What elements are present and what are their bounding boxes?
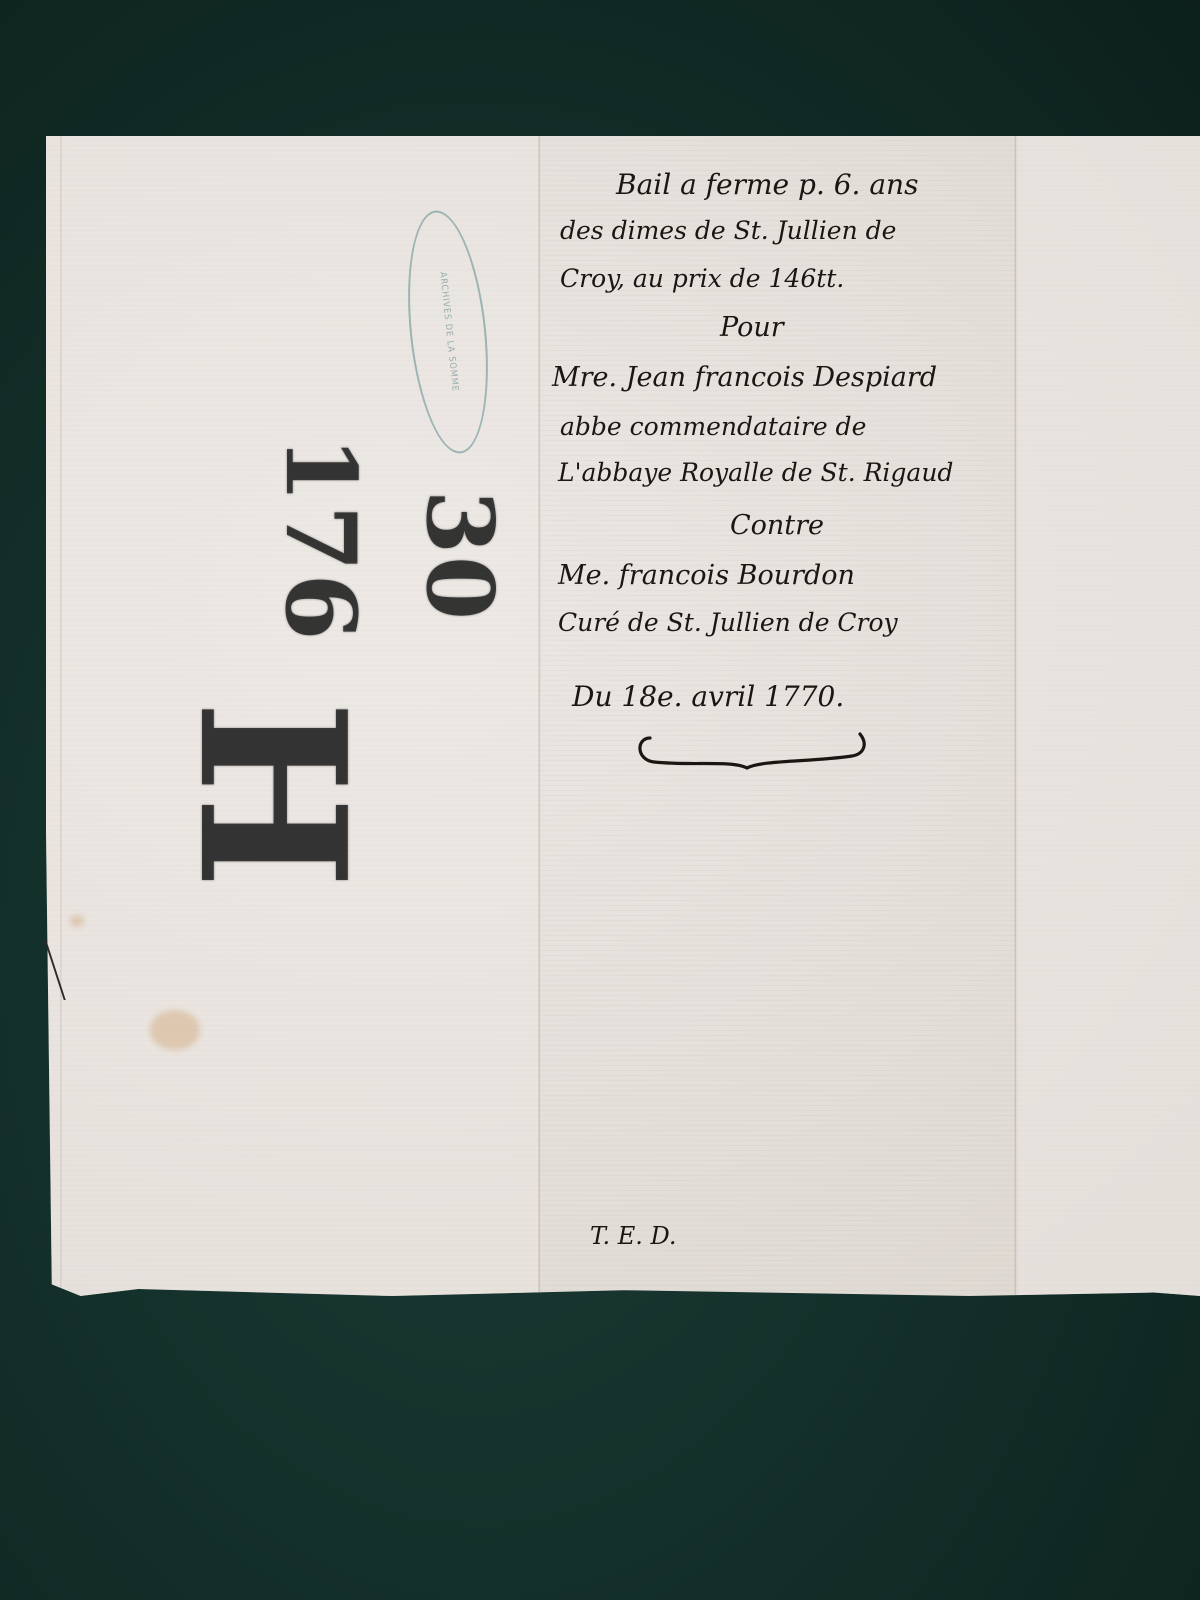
foxing-stain	[70, 915, 84, 927]
manuscript-heading-pour: Pour	[720, 312, 784, 343]
archivist-initials: T. E. D.	[590, 1222, 677, 1250]
stamp-text: ARCHIVES DE LA SOMME	[436, 271, 460, 392]
right-folded-panel	[1018, 136, 1200, 1296]
stencil-number: 176	[280, 436, 360, 642]
manuscript-line: abbe commendataire de	[560, 412, 866, 441]
manuscript-line: Bail a ferme p. 6. ans	[616, 168, 918, 201]
foxing-stain	[150, 1010, 200, 1050]
manuscript-line: des dimes de St. Jullien de	[560, 216, 896, 245]
manuscript-line: Mre. Jean francois Despiard	[552, 362, 937, 393]
stencil-series-letter: H	[186, 700, 356, 883]
fold-line	[1014, 136, 1017, 1296]
manuscript-date: Du 18e. avril 1770.	[572, 680, 844, 713]
manuscript-line: L'abbaye Royalle de St. Rigaud	[558, 458, 953, 487]
manuscript-line: Me. francois Bourdon	[558, 560, 855, 591]
stencil-sub-number: 30	[420, 490, 500, 622]
manuscript-heading-contre: Contre	[730, 510, 824, 541]
flourish-underline-icon	[632, 730, 872, 780]
manuscript-line: Curé de St. Jullien de Croy	[558, 608, 898, 637]
manuscript-line: Croy, au prix de 146tt.	[560, 264, 844, 293]
fold-line	[60, 136, 62, 1296]
fold-line	[538, 136, 541, 1296]
